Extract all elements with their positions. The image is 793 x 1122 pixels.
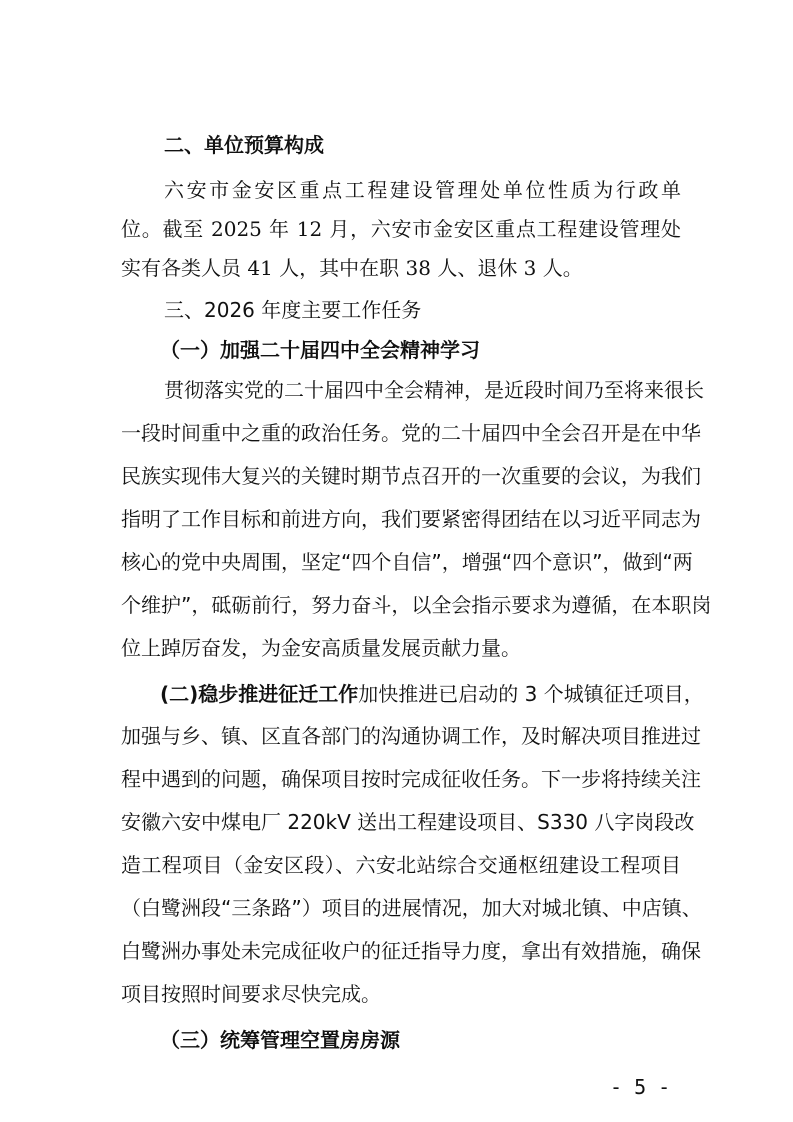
subsection-heading-3: （三）统筹管理空置房房源 bbox=[160, 1028, 400, 1052]
paragraph-line: 六安市金安区重点工程建设管理处单位性质为行政单 bbox=[164, 178, 681, 202]
paragraph-line: 指明了工作目标和前进方向，我们要紧密得团结在以习近平同志为 bbox=[121, 507, 681, 531]
paragraph-line: 位。截至 2025 年 12 月，六安市金安区重点工程建设管理处 bbox=[121, 217, 681, 241]
paragraph-line: 个维护”，砥砺前行，努力奋斗，以全会指示要求为遵循，在本职岗 bbox=[121, 593, 681, 617]
paragraph-line: （白鹭洲段“三条路”）项目的进展情况，加大对城北镇、中店镇、 bbox=[121, 896, 681, 920]
subsection-heading-2: (二)稳步推进征迁工作 bbox=[160, 682, 358, 706]
paragraph-line: 核心的党中央周围，坚定“四个自信”，增强“四个意识”，做到“两 bbox=[121, 550, 681, 574]
paragraph-line: 贯彻落实党的二十届四中全会精神，是近段时间乃至将来很长 bbox=[164, 378, 681, 402]
paragraph-line: 程中遇到的问题，确保项目按时完成征收任务。下一步将持续关注 bbox=[121, 767, 681, 791]
subsection-2-first-line: (二)稳步推进征迁工作 加快推进已启动的 3 个城镇征迁项目， bbox=[160, 682, 681, 706]
section-heading-budget: 二、单位预算构成 bbox=[164, 133, 324, 157]
paragraph-line: 加强与乡、镇、区直各部门的沟通协调工作，及时解决项目推进过 bbox=[121, 724, 681, 748]
section-heading-tasks: 三、2026 年度主要工作任务 bbox=[164, 298, 421, 322]
paragraph-line: 民族实现伟大复兴的关键时期节点召开的一次重要的会议，为我们 bbox=[121, 464, 681, 488]
subsection-heading-1: （一）加强二十届四中全会精神学习 bbox=[160, 338, 480, 362]
paragraph-text: 加快推进已启动的 3 个城镇征迁项目， bbox=[358, 682, 703, 706]
paragraph-line: 一段时间重中之重的政治任务。党的二十届四中全会召开是在中华 bbox=[121, 421, 681, 445]
paragraph-line: 位上踔厉奋发，为金安高质量发展贡献力量。 bbox=[121, 636, 521, 660]
paragraph-line: 安徽六安中煤电厂 220kV 送出工程建设项目、S330 八字岗段改 bbox=[121, 810, 681, 834]
page-number: - 5 - bbox=[610, 1075, 670, 1099]
paragraph-line: 实有各类人员 41 人，其中在职 38 人、退休 3 人。 bbox=[121, 256, 583, 280]
paragraph-line: 造工程项目（金安区段）、六安北站综合交通枢纽建设工程项目 bbox=[121, 853, 681, 877]
paragraph-line: 白鹭洲办事处未完成征收户的征迁指导力度，拿出有效措施，确保 bbox=[121, 939, 681, 963]
paragraph-line: 项目按照时间要求尽快完成。 bbox=[121, 982, 381, 1006]
